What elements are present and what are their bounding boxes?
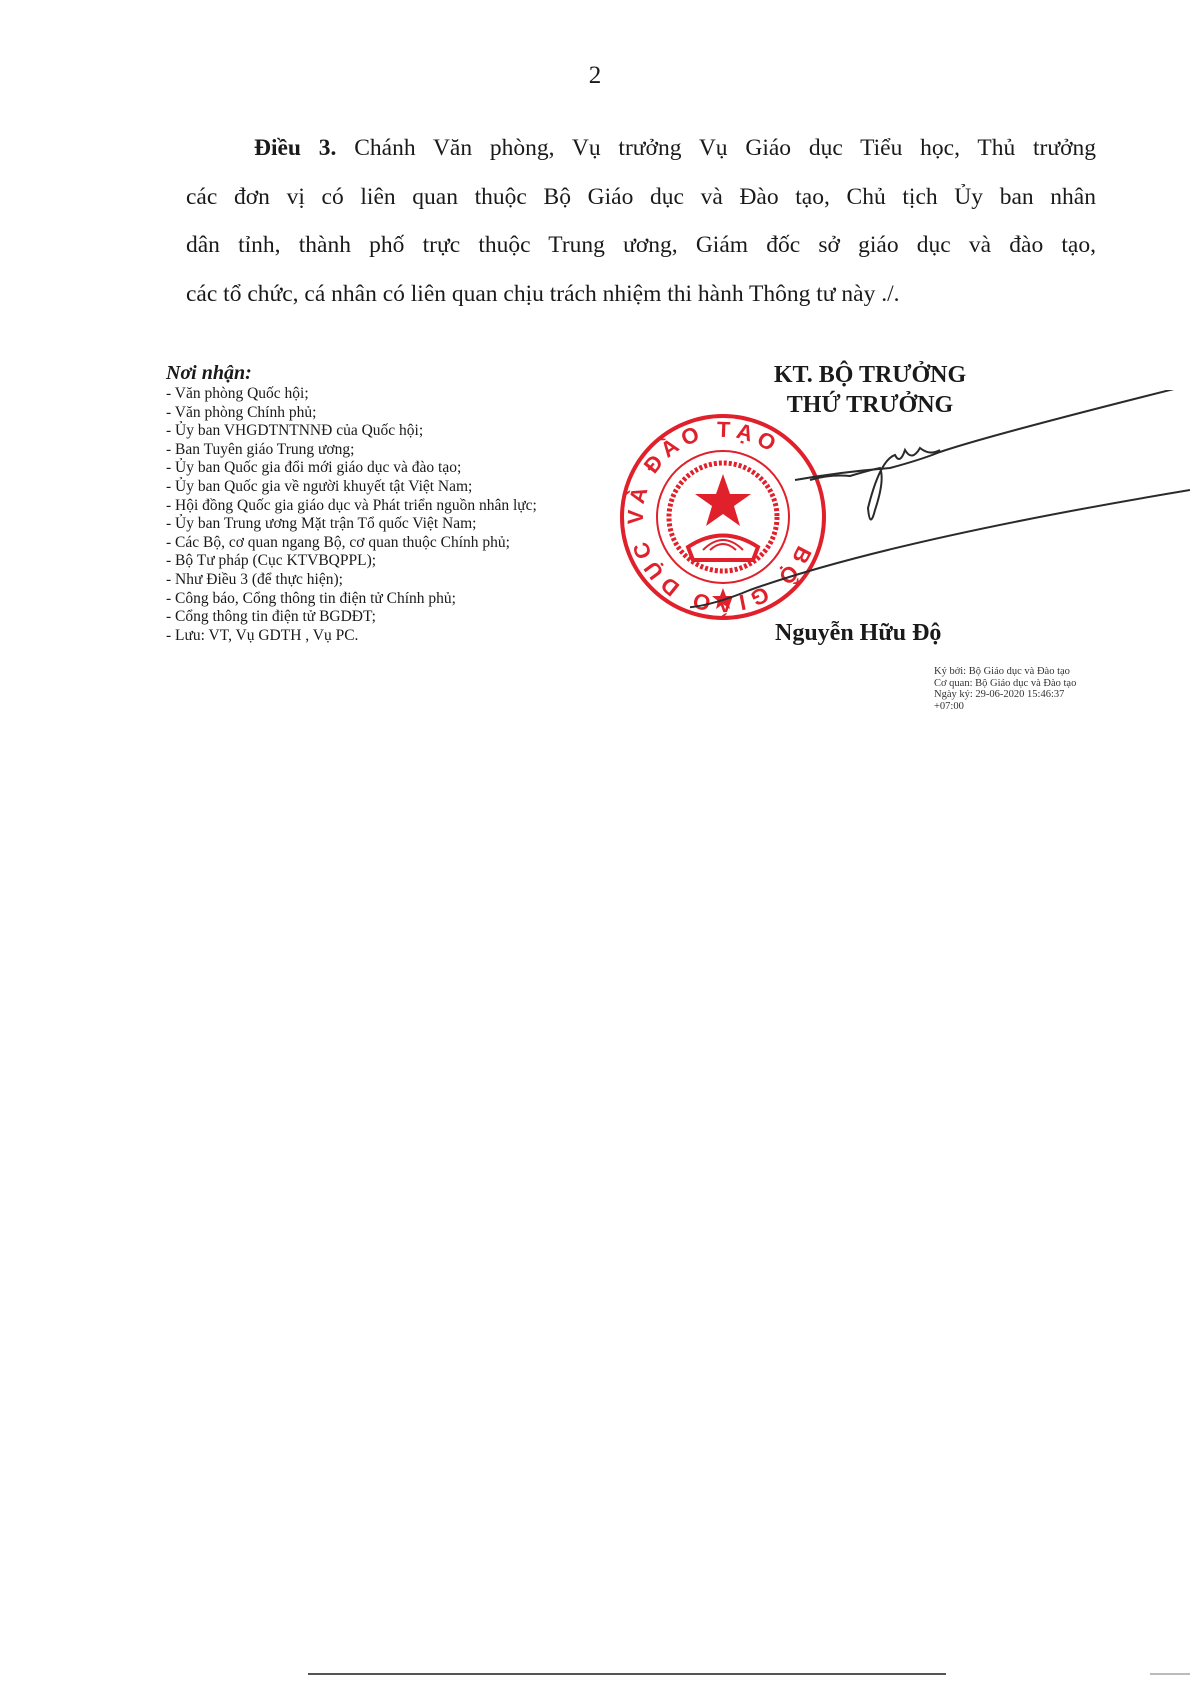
recipient-item: - Như Điều 3 (để thực hiện); bbox=[166, 571, 626, 590]
footer-rule bbox=[308, 1673, 946, 1675]
recipient-item: - Lưu: VT, Vụ GDTH , Vụ PC. bbox=[166, 627, 626, 646]
recipients-title: Nơi nhận: bbox=[166, 361, 626, 385]
digital-signature-info: Ký bởi: Bộ Giáo dục và Đào tạo Cơ quan: … bbox=[934, 666, 1076, 712]
recipient-item: - Văn phòng Quốc hội; bbox=[166, 385, 626, 404]
recipient-item: - Hội đồng Quốc gia giáo dục và Phát tri… bbox=[166, 497, 626, 516]
article-3: Điều 3. Chánh Văn phòng, Vụ trưởng Vụ Gi… bbox=[186, 124, 1096, 318]
signing-timezone: +07:00 bbox=[934, 701, 1076, 713]
recipient-item: - Ủy ban VHGDTNTNNĐ của Quốc hội; bbox=[166, 422, 626, 441]
recipient-item: - Ban Tuyên giáo Trung ương; bbox=[166, 441, 626, 460]
recipient-item: - Bộ Tư pháp (Cục KTVBQPPL); bbox=[166, 552, 626, 571]
signing-date: Ngày ký: 29-06-2020 15:46:37 bbox=[934, 689, 1076, 701]
signatory-title-line-1: KT. BỘ TRƯỞNG bbox=[700, 360, 1040, 390]
recipient-item: - Ủy ban Trung ương Mặt trận Tổ quốc Việ… bbox=[166, 515, 626, 534]
article-line-2: các đơn vị có liên quan thuộc Bộ Giáo dụ… bbox=[186, 173, 1096, 222]
signer-name: Nguyễn Hữu Độ bbox=[775, 620, 941, 647]
handwritten-signature-icon bbox=[690, 390, 1190, 650]
recipients-block: Nơi nhận: - Văn phòng Quốc hội; - Văn ph… bbox=[166, 361, 626, 645]
recipient-item: - Văn phòng Chính phủ; bbox=[166, 404, 626, 423]
recipient-item: - Các Bộ, cơ quan ngang Bộ, cơ quan thuộ… bbox=[166, 534, 626, 553]
page-number: 2 bbox=[0, 62, 1190, 90]
recipient-item: - Ủy ban Quốc gia đổi mới giáo dục và đà… bbox=[166, 459, 626, 478]
edge-mark bbox=[1150, 1673, 1190, 1675]
article-line-4: các tổ chức, cá nhân có liên quan chịu t… bbox=[186, 270, 1096, 319]
signing-agency: Cơ quan: Bộ Giáo dục và Đào tạo bbox=[934, 678, 1076, 690]
article-line-1: Điều 3. Chánh Văn phòng, Vụ trưởng Vụ Gi… bbox=[186, 124, 1096, 173]
recipient-item: - Công báo, Cổng thông tin điện tử Chính… bbox=[166, 590, 626, 609]
recipient-item: - Cổng thông tin điện tử BGDĐT; bbox=[166, 608, 626, 627]
signed-by: Ký bởi: Bộ Giáo dục và Đào tạo bbox=[934, 666, 1076, 678]
article-line-3: dân tỉnh, thành phố trực thuộc Trung ươn… bbox=[186, 221, 1096, 270]
recipient-item: - Ủy ban Quốc gia về người khuyết tật Vi… bbox=[166, 478, 626, 497]
article-label: Điều 3. bbox=[254, 135, 336, 161]
